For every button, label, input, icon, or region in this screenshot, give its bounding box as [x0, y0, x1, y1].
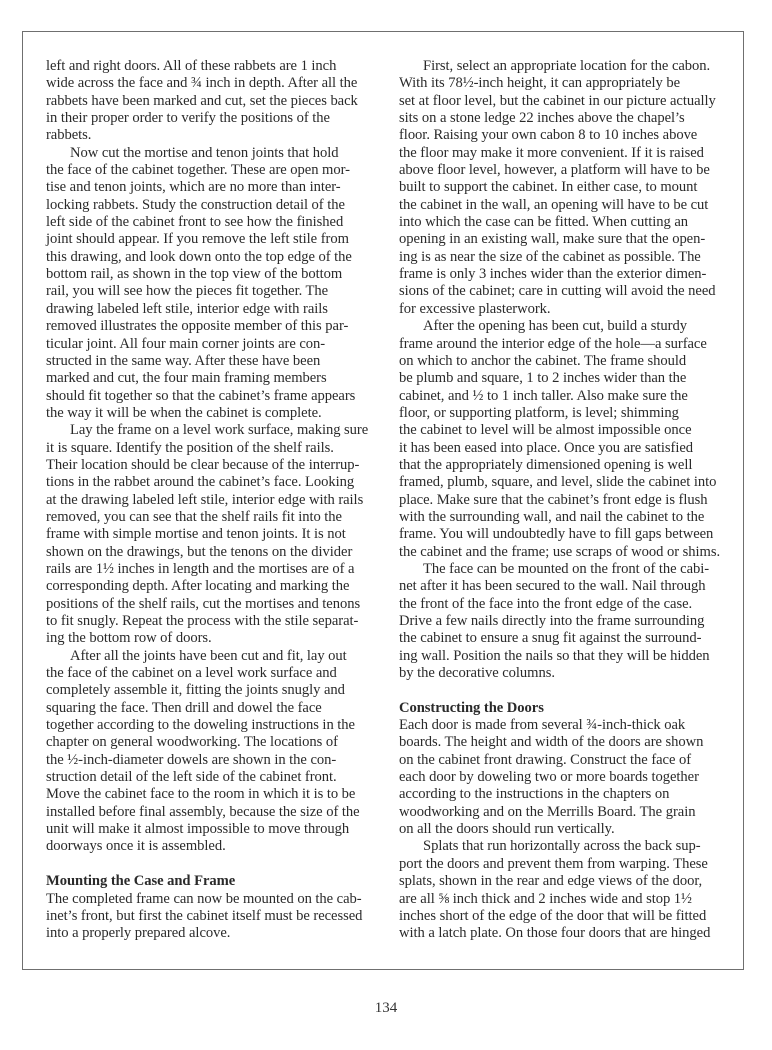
text-line: are all ⅝ inch thick and 2 inches wide a…: [399, 891, 741, 908]
text-line: boards. The height and width of the door…: [399, 734, 741, 751]
text-line: tions in the rabbet around the cabinet’s…: [46, 474, 386, 491]
text-line: be plumb and square, 1 to 2 inches wider…: [399, 370, 741, 387]
text-line: completely assemble it, fitting the join…: [46, 682, 386, 699]
text-line: woodworking and on the Merrills Board. T…: [399, 804, 741, 821]
text-line: into a properly prepared alcove.: [46, 925, 386, 942]
text-line: in their proper order to verify the posi…: [46, 110, 386, 127]
text-line: structed in the same way. After these ha…: [46, 353, 386, 370]
text-line: the ½-inch-diameter dowels are shown in …: [46, 752, 386, 769]
text-line: After all the joints have been cut and f…: [46, 648, 386, 665]
text-line: left side of the cabinet front to see ho…: [46, 214, 386, 231]
text-line: chapter on general woodworking. The loca…: [46, 734, 386, 751]
text-line: marked and cut, the four main framing me…: [46, 370, 386, 387]
left-text-column: left and right doors. All of these rabbe…: [46, 58, 386, 943]
text-line: framed, plumb, square, and level, slide …: [399, 474, 741, 491]
text-line: floor. Raising your own cabon 8 to 10 in…: [399, 127, 741, 144]
text-line: The completed frame can now be mounted o…: [46, 891, 386, 908]
text-line: with a latch plate. On those four doors …: [399, 925, 741, 942]
text-line: removed, you can see that the shelf rail…: [46, 509, 386, 526]
text-line: with the surrounding wall, and nail the …: [399, 509, 741, 526]
text-line: the floor may make it more convenient. I…: [399, 145, 741, 162]
paragraph: The completed frame can now be mounted o…: [46, 891, 386, 943]
text-line: ing the bottom row of doors.: [46, 630, 386, 647]
text-line: set at floor level, but the cabinet in o…: [399, 93, 741, 110]
page-number: 134: [0, 1000, 772, 1017]
text-line: on which to anchor the cabinet. The fram…: [399, 353, 741, 370]
paragraph: Lay the frame on a level work surface, m…: [46, 422, 386, 647]
paragraph: First, select an appropriate location fo…: [399, 58, 741, 318]
text-line: Now cut the mortise and tenon joints tha…: [46, 145, 386, 162]
text-line: the face of the cabinet on a level work …: [46, 665, 386, 682]
text-line: wide across the face and ¾ inch in depth…: [46, 75, 386, 92]
text-line: the face of the cabinet together. These …: [46, 162, 386, 179]
text-line: sits on a stone ledge 22 inches above th…: [399, 110, 741, 127]
text-line: ing is as near the size of the cabinet a…: [399, 249, 741, 266]
text-line: this drawing, and look down onto the top…: [46, 249, 386, 266]
text-line: tise and tenon joints, which are no more…: [46, 179, 386, 196]
text-line: above floor level, however, a platform w…: [399, 162, 741, 179]
text-line: on the cabinet front drawing. Construct …: [399, 752, 741, 769]
text-line: Each door is made from several ¾-inch-th…: [399, 717, 741, 734]
paragraph: Splats that run horizontally across the …: [399, 838, 741, 942]
paragraph: Now cut the mortise and tenon joints tha…: [46, 145, 386, 423]
text-line: inet’s front, but first the cabinet itse…: [46, 908, 386, 925]
text-line: that the appropriately dimensioned openi…: [399, 457, 741, 474]
section-heading: Constructing the Doors: [399, 700, 741, 717]
text-line: into which the case can be fitted. When …: [399, 214, 741, 231]
paragraph: After the opening has been cut, build a …: [399, 318, 741, 561]
section-spacer: [46, 856, 386, 873]
text-line: net after it has been secured to the wal…: [399, 578, 741, 595]
text-line: squaring the face. Then drill and dowel …: [46, 700, 386, 717]
text-line: for excessive plasterwork.: [399, 301, 741, 318]
text-line: the cabinet to level will be almost impo…: [399, 422, 741, 439]
text-line: rabbets have been marked and cut, set th…: [46, 93, 386, 110]
text-line: locking rabbets. Study the construction …: [46, 197, 386, 214]
text-line: frame with simple mortise and tenon join…: [46, 526, 386, 543]
text-line: removed illustrates the opposite member …: [46, 318, 386, 335]
text-line: according to the instructions in the cha…: [399, 786, 741, 803]
text-line: the way it will be when the cabinet is c…: [46, 405, 386, 422]
text-line: frame around the interior edge of the ho…: [399, 336, 741, 353]
text-line: After the opening has been cut, build a …: [399, 318, 741, 335]
text-line: cabinet, and ½ to 1 inch taller. Also ma…: [399, 388, 741, 405]
text-line: at the drawing labeled left stile, inter…: [46, 492, 386, 509]
text-line: The face can be mounted on the front of …: [399, 561, 741, 578]
text-line: inches short of the edge of the door tha…: [399, 908, 741, 925]
text-line: shown on the drawings, but the tenons on…: [46, 544, 386, 561]
text-line: the cabinet and the frame; use scraps of…: [399, 544, 741, 561]
text-line: With its 78½-inch height, it can appropr…: [399, 75, 741, 92]
paragraph: Each door is made from several ¾-inch-th…: [399, 717, 741, 838]
text-line: the cabinet in the wall, an opening will…: [399, 197, 741, 214]
text-line: splats, shown in the rear and edge views…: [399, 873, 741, 890]
text-line: bottom rail, as shown in the top view of…: [46, 266, 386, 283]
text-line: each door by doweling two or more boards…: [399, 769, 741, 786]
text-line: drawing labeled left stile, interior edg…: [46, 301, 386, 318]
text-line: joint should appear. If you remove the l…: [46, 231, 386, 248]
text-line: Lay the frame on a level work surface, m…: [46, 422, 386, 439]
paragraph: The face can be mounted on the front of …: [399, 561, 741, 682]
text-line: struction detail of the left side of the…: [46, 769, 386, 786]
paragraph: After all the joints have been cut and f…: [46, 648, 386, 856]
text-line: Splats that run horizontally across the …: [399, 838, 741, 855]
section-heading: Mounting the Case and Frame: [46, 873, 386, 890]
text-line: together according to the doweling instr…: [46, 717, 386, 734]
text-line: it has been eased into place. Once you a…: [399, 440, 741, 457]
text-line: left and right doors. All of these rabbe…: [46, 58, 386, 75]
text-line: it is square. Identify the position of t…: [46, 440, 386, 457]
text-line: ing wall. Position the nails so that the…: [399, 648, 741, 665]
text-line: rails are 1½ inches in length and the mo…: [46, 561, 386, 578]
text-line: place. Make sure that the cabinet’s fron…: [399, 492, 741, 509]
text-line: sions of the cabinet; care in cutting wi…: [399, 283, 741, 300]
text-line: unit will make it almost impossible to m…: [46, 821, 386, 838]
text-line: opening in an existing wall, make sure t…: [399, 231, 741, 248]
text-line: built to support the cabinet. In either …: [399, 179, 741, 196]
text-line: installed before final assembly, because…: [46, 804, 386, 821]
section-spacer: [399, 682, 741, 699]
text-line: by the decorative columns.: [399, 665, 741, 682]
text-line: to fit snugly. Repeat the process with t…: [46, 613, 386, 630]
text-line: frame is only 3 inches wider than the ex…: [399, 266, 741, 283]
text-line: Move the cabinet face to the room in whi…: [46, 786, 386, 803]
right-text-column: First, select an appropriate location fo…: [399, 58, 741, 943]
text-line: the front of the face into the front edg…: [399, 596, 741, 613]
text-line: rabbets.: [46, 127, 386, 144]
text-line: floor, or supporting platform, is level;…: [399, 405, 741, 422]
text-line: the cabinet to ensure a snug fit against…: [399, 630, 741, 647]
text-line: ticular joint. All four main corner join…: [46, 336, 386, 353]
text-line: Drive a few nails directly into the fram…: [399, 613, 741, 630]
paragraph: left and right doors. All of these rabbe…: [46, 58, 386, 145]
text-line: positions of the shelf rails, cut the mo…: [46, 596, 386, 613]
text-line: doorways once it is assembled.: [46, 838, 386, 855]
text-line: on all the doors should run vertically.: [399, 821, 741, 838]
text-line: rail, you will see how the pieces fit to…: [46, 283, 386, 300]
text-line: frame. You will undoubtedly have to fill…: [399, 526, 741, 543]
text-line: should fit together so that the cabinet’…: [46, 388, 386, 405]
text-line: First, select an appropriate location fo…: [399, 58, 741, 75]
text-line: Their location should be clear because o…: [46, 457, 386, 474]
text-line: corresponding depth. After locating and …: [46, 578, 386, 595]
text-line: port the doors and prevent them from war…: [399, 856, 741, 873]
